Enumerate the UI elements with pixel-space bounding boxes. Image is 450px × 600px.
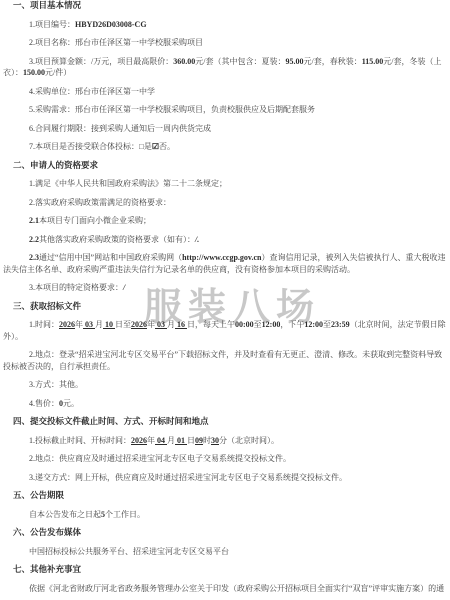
text-segment: 年: [75, 320, 83, 329]
text-segment: 4.售价：: [29, 399, 59, 408]
text-segment: 分（北京时间）。: [219, 436, 279, 445]
text-segment: 日，每天上午: [187, 320, 235, 329]
section-heading: 四、提交投标文件截止时间、方式、开标时间和地点: [3, 416, 447, 428]
text-segment: 元/件）: [45, 68, 71, 77]
text-segment: ☑: [152, 142, 159, 151]
text-segment: 2.落实政府采购政策需满足的资格要求：: [29, 198, 171, 207]
text-segment: 4.采购单位：邢台市任泽区第一中学: [29, 87, 155, 96]
text-segment: 115.00: [362, 57, 384, 66]
text-segment: 元。: [63, 399, 79, 408]
text-segment: 元/套，春秋装：: [303, 57, 361, 66]
text-segment: 1.时间：: [29, 320, 59, 329]
text-segment: 3.递交方式：网上开标，供应商应及时通过招采进宝河北专区电子交易系统提交投标文件…: [29, 473, 347, 482]
paragraph: 依据《河北省财政厅河北省政务服务管理办公室关于印发（政府采购公开招标项目全面实行…: [3, 583, 447, 595]
text-segment: 年: [147, 320, 155, 329]
paragraph: 7.本项目是否接受联合体投标：□是☑否。: [3, 141, 447, 153]
text-segment: 日至: [115, 320, 131, 329]
text-segment: 否。: [159, 142, 175, 151]
paragraph: 2.3通过“信用中国”网站和中国政府采购网（http://www.ccgp.go…: [3, 252, 447, 275]
paragraph: 2.落实政府采购政策需满足的资格要求：: [3, 197, 447, 209]
text-segment: 5.采购需求：邢台市任泽区第一中学校服采购项目，负责校服供应及后期配套服务: [29, 105, 315, 114]
text-segment: 7.本项目是否接受联合体投标：□是: [29, 142, 152, 151]
paragraph: 1.满足《中华人民共和国政府采购法》第二十二条规定；: [3, 178, 447, 190]
text-segment: 04: [155, 436, 167, 445]
text-segment: 个工作日。: [105, 510, 145, 519]
paragraph: 3.项目预算金额：/万元，项目最高限价：360.00元/套（其中包含：夏装：95…: [3, 56, 447, 79]
text-segment: 3.项目预算金额：/万元，项目最高限价：: [29, 57, 173, 66]
text-segment: 自本公告发布之日起: [29, 510, 101, 519]
paragraph: 2.地点：登录“招采进宝河北专区交易平台”下载招标文件，并及时查看有无更正、澄清…: [3, 349, 447, 372]
paragraph: 6.合同履行期限：接到采购人通知后一周内供货完成: [3, 123, 447, 135]
section-heading: 七、其他补充事宜: [3, 564, 447, 576]
text-segment: 3.本项目的特定资格要求：: [29, 283, 123, 292]
paragraph: 1.项目编号：HBYD26D03008-CG: [3, 19, 447, 31]
text-segment: 通过“信用中国”网站和中国政府采购网（: [39, 253, 182, 262]
section: 一、项目基本情况1.项目编号：HBYD26D03008-CG2.项目名称：邢台市…: [3, 0, 447, 153]
paragraph: 2.地点：供应商应及时通过招采进宝河北专区电子交易系统提交投标文件。: [3, 453, 447, 465]
text-segment: 6.合同履行期限：接到采购人通知后一周内供货完成: [29, 124, 211, 133]
text-segment: 2026: [59, 320, 75, 329]
paragraph: 1.投标截止时间、开标时间：2026年 04 月 01 日09时30分（北京时间…: [3, 435, 447, 447]
text-segment: 2.2: [29, 235, 39, 244]
section-heading: 六、公告发布媒体: [3, 527, 447, 539]
text-segment: 至: [323, 320, 331, 329]
text-segment: 2026: [131, 320, 147, 329]
paragraph: 3.递交方式：网上开标，供应商应及时通过招采进宝河北专区电子交易系统提交投标文件…: [3, 472, 447, 484]
paragraph: 4.采购单位：邢台市任泽区第一中学: [3, 86, 447, 98]
text-segment: http://www.ccgp.gov.cn: [182, 253, 261, 262]
text-segment: 中国招标投标公共服务平台、招采进宝河北专区交易平台: [29, 547, 229, 556]
section-heading: 一、项目基本情况: [3, 0, 447, 12]
section: 七、其他补充事宜依据《河北省财政厅河北省政务服务管理办公室关于印发（政府采购公开…: [3, 564, 447, 594]
text-segment: 日: [187, 436, 195, 445]
text-segment: 年: [147, 436, 155, 445]
text-segment: 12:00: [262, 320, 281, 329]
text-segment: 至: [254, 320, 262, 329]
text-segment: 月: [167, 436, 175, 445]
document-body: 一、项目基本情况1.项目编号：HBYD26D03008-CG2.项目名称：邢台市…: [0, 0, 450, 600]
section: 四、提交投标文件截止时间、方式、开标时间和地点1.投标截止时间、开标时间：202…: [3, 416, 447, 483]
text-segment: ，下午: [280, 320, 304, 329]
text-segment: 30: [211, 436, 219, 445]
section-heading: 三、获取招标文件: [3, 301, 447, 313]
section: 六、公告发布媒体中国招标投标公共服务平台、招采进宝河北专区交易平台: [3, 527, 447, 557]
paragraph: 2.2其他落实政府采购政策的资格要求（如有）：/.: [3, 234, 447, 246]
paragraph: 1.时间：2026年 03 月 10 日至2026年 03 月 16 日，每天上…: [3, 319, 447, 342]
text-segment: 3.方式：其他。: [29, 380, 83, 389]
text-segment: 本项目专门面向小微企业采购；: [39, 216, 151, 225]
text-segment: 09: [195, 436, 203, 445]
text-segment: 360.00: [173, 57, 195, 66]
text-segment: 元/套（其中包含：夏装：: [195, 57, 285, 66]
text-segment: 95.00: [285, 57, 303, 66]
text-segment: 03: [83, 320, 95, 329]
paragraph: 2.1本项目专门面向小微企业采购；: [3, 215, 447, 227]
text-segment: 2.1: [29, 216, 39, 225]
text-segment: 月: [95, 320, 103, 329]
paragraph: 5.采购需求：邢台市任泽区第一中学校服采购项目，负责校服供应及后期配套服务: [3, 104, 447, 116]
section: 三、获取招标文件1.时间：2026年 03 月 10 日至2026年 03 月 …: [3, 301, 447, 410]
paragraph: 3.方式：其他。: [3, 379, 447, 391]
text-segment: 1.投标截止时间、开标时间：: [29, 436, 131, 445]
paragraph: 2.项目名称：邢台市任泽区第一中学校服采购项目: [3, 37, 447, 49]
text-segment: 依据《河北省财政厅河北省政务服务管理办公室关于印发（政府采购公开招标项目全面实行…: [29, 584, 444, 593]
text-segment: 2026: [131, 436, 147, 445]
text-segment: 150.00: [23, 68, 45, 77]
section: 五、公告期限自本公告发布之日起5个工作日。: [3, 490, 447, 520]
text-segment: 1.项目编号：: [29, 20, 75, 29]
paragraph: 自本公告发布之日起5个工作日。: [3, 509, 447, 521]
text-segment: 其他落实政府采购政策的资格要求（如有）：: [39, 235, 195, 244]
text-segment: 2.地点：登录“招采进宝河北专区交易平台”下载招标文件，并及时查看有无更正、澄清…: [3, 350, 442, 371]
paragraph: 4.售价：0元。: [3, 398, 447, 410]
section-heading: 五、公告期限: [3, 490, 447, 502]
text-segment: 23:59: [331, 320, 350, 329]
text-segment: 12:00: [304, 320, 323, 329]
text-segment: HBYD26D03008-CG: [75, 20, 147, 29]
text-segment: 10: [103, 320, 115, 329]
text-segment: 时: [203, 436, 211, 445]
paragraph: 3.本项目的特定资格要求：/: [3, 282, 447, 294]
text-segment: 01: [175, 436, 187, 445]
text-segment: 16: [175, 320, 187, 329]
text-segment: /: [123, 283, 125, 292]
text-segment: 月: [167, 320, 175, 329]
section: 二、申请人的资格要求1.满足《中华人民共和国政府采购法》第二十二条规定；2.落实…: [3, 160, 447, 294]
text-segment: 00:00: [235, 320, 254, 329]
text-segment: 2.3: [29, 253, 39, 262]
text-segment: 2.地点：供应商应及时通过招采进宝河北专区电子交易系统提交投标文件。: [29, 454, 291, 463]
text-segment: 2.项目名称：邢台市任泽区第一中学校服采购项目: [29, 38, 203, 47]
section-heading: 二、申请人的资格要求: [3, 160, 447, 172]
text-segment: 03: [155, 320, 167, 329]
text-segment: /.: [195, 235, 199, 244]
paragraph: 中国招标投标公共服务平台、招采进宝河北专区交易平台: [3, 546, 447, 558]
text-segment: 1.满足《中华人民共和国政府采购法》第二十二条规定；: [29, 179, 227, 188]
